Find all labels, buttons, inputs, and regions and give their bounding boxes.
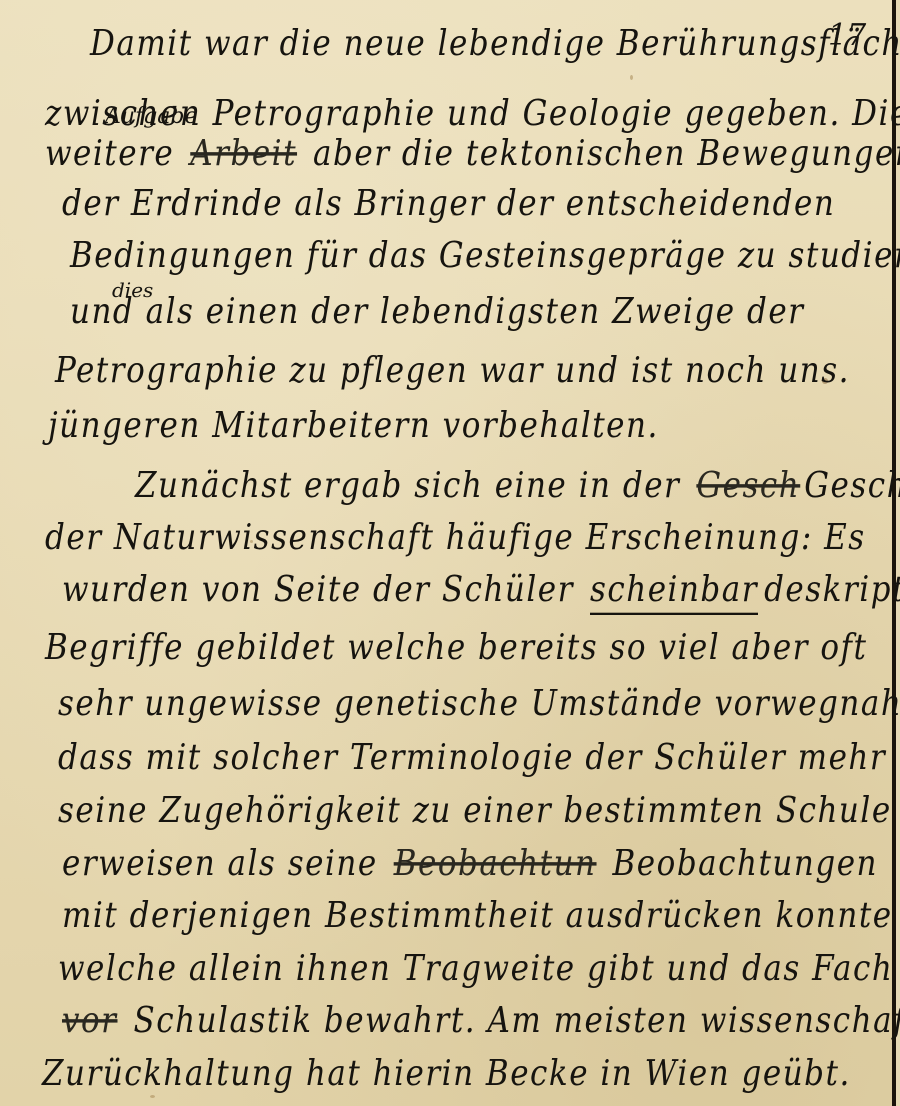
manuscript-line-8: jüngeren Mitarbeitern vorbehalten. xyxy=(48,405,659,446)
struck-word: Gesch xyxy=(696,465,800,506)
manuscript-line-5: Bedingungen für das Gesteinsgepräge zu s… xyxy=(70,235,900,276)
manuscript-line-10: der Naturwissenschaft häufige Erscheinun… xyxy=(45,517,866,558)
manuscript-line-12: Begriffe gebildet welche bereits so viel… xyxy=(45,627,867,668)
manuscript-line-13: sehr ungewisse genetische Umstände vorwe… xyxy=(58,683,900,724)
struck-word: Arbeit xyxy=(190,133,297,174)
manuscript-line-17: mit derjenigen Bestimmtheit ausdrücken k… xyxy=(62,895,893,936)
manuscript-line-20: Zurückhaltung hat hierin Becke in Wien g… xyxy=(42,1053,851,1094)
manuscript-line-3: weitereArbeitaber die tektonischen Beweg… xyxy=(45,133,900,174)
manuscript-line-19: vorSchulastik bewahrt. Am meisten wissen… xyxy=(62,1000,900,1041)
paper-speck xyxy=(630,75,633,80)
struck-word: vor xyxy=(62,1000,118,1041)
manuscript-line-9: Zunächst ergab sich eine in derGeschGesc… xyxy=(135,465,900,506)
manuscript-page: 17 Damit war die neue lebendige Berührun… xyxy=(0,0,896,1106)
struck-word: Beobachtun xyxy=(394,843,597,884)
manuscript-line-11: wurden von Seite der Schülerscheinbardes… xyxy=(62,569,900,615)
manuscript-line-7: Petrographie zu pflegen war und ist noch… xyxy=(55,350,850,391)
manuscript-line-1: Damit war die neue lebendige Berührungsf… xyxy=(90,23,900,64)
manuscript-line-18: welche allein ihnen Tragweite gibt und d… xyxy=(58,948,893,989)
manuscript-line-4: der Erdrinde als Bringer der entscheiden… xyxy=(62,183,835,224)
underlined-word: scheinbar xyxy=(590,569,758,615)
manuscript-line-16: erweisen als seineBeobachtunBeobachtunge… xyxy=(62,843,878,884)
paper-speck xyxy=(150,1095,155,1098)
manuscript-line-14: dass mit solcher Terminologie der Schüle… xyxy=(58,737,886,778)
manuscript-line-6: und als einen der lebendigsten Zweige de… xyxy=(70,291,804,332)
insertion-above-line-3: Aufgabe xyxy=(105,104,198,129)
manuscript-line-15: seine Zugehörigkeit zu einer bestimmten … xyxy=(58,790,892,831)
